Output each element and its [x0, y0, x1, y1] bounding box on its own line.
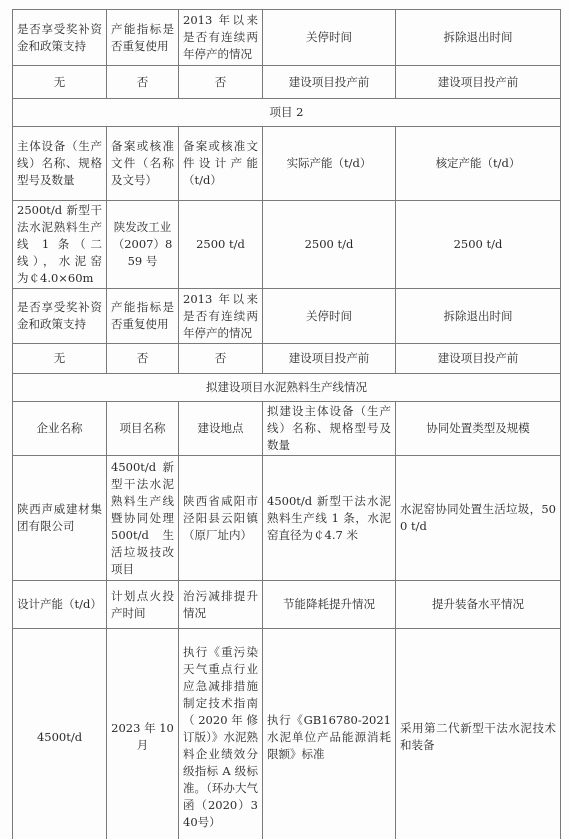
value-shutdown-time: 建设项目投产前	[263, 66, 396, 99]
value-company: 陕西声威建材集团有限公司	[13, 456, 107, 581]
header-equipment-level: 提升装备水平情况	[396, 581, 561, 629]
value-verified-capacity: 2500 t/d	[396, 201, 561, 289]
header-subsidy: 是否享受奖补资金和政策支持	[13, 10, 107, 66]
header-co-processing: 协同处置类型及规模	[396, 402, 561, 456]
section-title-project2: 项目 2	[13, 99, 561, 127]
value-demolish-time: 建设项目投产前	[396, 344, 561, 374]
value-ignition-time: 2023 年 10 月	[107, 629, 179, 839]
header-company: 企业名称	[13, 402, 107, 456]
section-title-proposed: 拟建设项目水泥熟料生产线情况	[13, 374, 561, 402]
table-row: 项目 2	[13, 99, 561, 127]
header-verified-capacity: 核定产能（t/d）	[396, 127, 561, 201]
header-ignition-time: 计划点火投产时间	[107, 581, 179, 629]
table-row: 是否享受奖补资金和政策支持 产能指标是否重复使用 2013 年以来是否有连续两年…	[13, 10, 561, 66]
value-design-capacity: 4500t/d	[13, 629, 107, 839]
table-row: 设计产能（t/d） 计划点火投产时间 治污减排提升情况 节能降耗提升情况 提升装…	[13, 581, 561, 629]
value-project-name: 4500t/d 新型干法水泥熟料生产线暨协同处理 500t/d 生活垃圾技改项目	[107, 456, 179, 581]
value-subsidy: 无	[13, 66, 107, 99]
value-quota-reuse: 否	[107, 344, 179, 374]
header-quota-reuse: 产能指标是否重复使用	[107, 289, 179, 344]
header-design-capacity: 设计产能（t/d）	[13, 581, 107, 629]
header-subsidy: 是否享受奖补资金和政策支持	[13, 289, 107, 344]
value-filing-capacity: 2500 t/d	[179, 201, 263, 289]
value-proposed-equipment: 4500t/d 新型干法水泥熟料生产线 1 条，水泥窑直径为￠4.7 米	[263, 456, 396, 581]
table-row: 拟建设项目水泥熟料生产线情况	[13, 374, 561, 402]
header-halt-two-years: 2013 年以来是否有连续两年停产的情况	[179, 289, 263, 344]
header-quota-reuse: 产能指标是否重复使用	[107, 10, 179, 66]
table-row: 无 否 否 建设项目投产前 建设项目投产前	[13, 344, 561, 374]
header-filing-doc: 备案或核准文件（名称及文号）	[107, 127, 179, 201]
value-energy: 执行《GB16780-2021 水泥单位产品能源消耗限额》标准	[263, 629, 396, 839]
header-proposed-equipment: 拟建设主体设备（生产线）名称、规格型号及数量	[263, 402, 396, 456]
value-co-processing: 水泥窑协同处置生活垃圾，500 t/d	[396, 456, 561, 581]
value-halt-two-years: 否	[179, 66, 263, 99]
header-actual-capacity: 实际产能（t/d）	[263, 127, 396, 201]
value-filing-doc: 陕发改工业（2007）859 号	[107, 201, 179, 289]
header-equipment: 主体设备（生产线）名称、规格型号及数量	[13, 127, 107, 201]
value-actual-capacity: 2500 t/d	[263, 201, 396, 289]
table-row: 企业名称 项目名称 建设地点 拟建设主体设备（生产线）名称、规格型号及数量 协同…	[13, 402, 561, 456]
header-demolish-time: 拆除退出时间	[396, 10, 561, 66]
table-row: 2500t/d 新型干法水泥熟料生产线 1 条（二线），水泥窑为￠4.0×60m…	[13, 201, 561, 289]
header-filing-capacity: 备案或核准文件设计产能（t/d）	[179, 127, 263, 201]
header-pollution: 治污减排提升情况	[179, 581, 263, 629]
table-row: 主体设备（生产线）名称、规格型号及数量 备案或核准文件（名称及文号） 备案或核准…	[13, 127, 561, 201]
value-quota-reuse: 否	[107, 66, 179, 99]
header-project-name: 项目名称	[107, 402, 179, 456]
header-shutdown-time: 关停时间	[263, 289, 396, 344]
value-demolish-time: 建设项目投产前	[396, 66, 561, 99]
value-location: 陕西省咸阳市泾阳县云阳镇（原厂址内）	[179, 456, 263, 581]
table-row: 4500t/d 2023 年 10 月 执行《重污染天气重点行业应急减排措施制定…	[13, 629, 561, 839]
value-subsidy: 无	[13, 344, 107, 374]
header-energy: 节能降耗提升情况	[263, 581, 396, 629]
value-pollution: 执行《重污染天气重点行业应急减排措施制定技术指南（2020年修订版）》水泥熟料企…	[179, 629, 263, 839]
header-shutdown-time: 关停时间	[263, 10, 396, 66]
document-page: 是否享受奖补资金和政策支持 产能指标是否重复使用 2013 年以来是否有连续两年…	[0, 0, 569, 839]
header-location: 建设地点	[179, 402, 263, 456]
table-row: 是否享受奖补资金和政策支持 产能指标是否重复使用 2013 年以来是否有连续两年…	[13, 289, 561, 344]
header-demolish-time: 拆除退出时间	[396, 289, 561, 344]
table-row: 无 否 否 建设项目投产前 建设项目投产前	[13, 66, 561, 99]
value-shutdown-time: 建设项目投产前	[263, 344, 396, 374]
value-halt-two-years: 否	[179, 344, 263, 374]
value-equipment: 2500t/d 新型干法水泥熟料生产线 1 条（二线），水泥窑为￠4.0×60m	[13, 201, 107, 289]
value-equipment-level: 采用第二代新型干法水泥技术和装备	[396, 629, 561, 839]
table-row: 陕西声威建材集团有限公司 4500t/d 新型干法水泥熟料生产线暨协同处理 50…	[13, 456, 561, 581]
capacity-replacement-table: 是否享受奖补资金和政策支持 产能指标是否重复使用 2013 年以来是否有连续两年…	[12, 9, 561, 839]
header-halt-two-years: 2013 年以来是否有连续两年停产的情况	[179, 10, 263, 66]
